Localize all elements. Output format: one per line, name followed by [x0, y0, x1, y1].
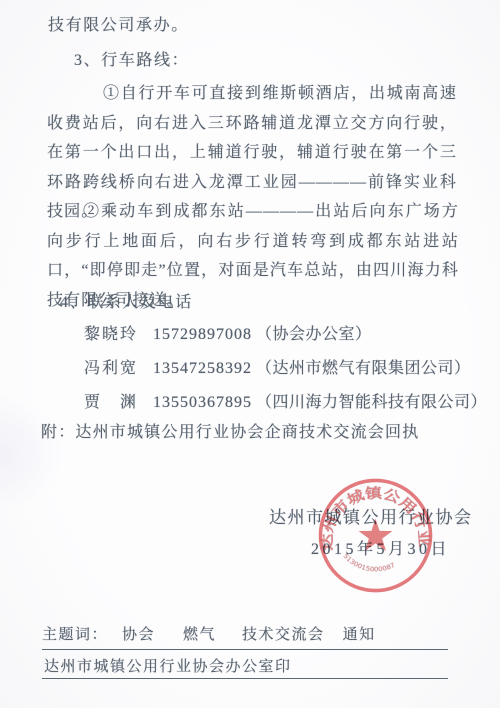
- contact-row: 黎晓玲15729897008（协会办公室）: [84, 321, 372, 344]
- contact-org: （协会办公室）: [256, 326, 372, 343]
- keyword: 技术交流会: [242, 627, 325, 643]
- divider-line: [42, 649, 448, 650]
- contact-phone: 13550367895: [153, 394, 252, 411]
- seal-serial-number: 5130015000087: [342, 553, 397, 574]
- contact-name: 贾 渊: [84, 394, 138, 411]
- svg-text:5130015000087: 5130015000087: [342, 553, 397, 574]
- carryover-line: 技有限公司承办。: [48, 12, 189, 35]
- contact-row: 贾 渊13550367895（四川海力智能科技有限公司）: [84, 389, 487, 412]
- contact-org: （四川海力智能科技有限公司）: [256, 394, 487, 411]
- keyword: 协会: [122, 627, 155, 643]
- contact-name: 冯利宽: [84, 360, 138, 377]
- keyword: 通知: [343, 627, 376, 643]
- contact-name: 黎晓玲: [84, 326, 138, 343]
- attachment-note: 附：达州市城镇公用行业协会企商技术交流会回执: [41, 419, 419, 442]
- contact-phone: 13547258392: [153, 360, 252, 377]
- divider-line: [42, 678, 448, 679]
- scanned-notice-page: 技有限公司承办。 3、行车路线： ①自行开车可直接到维斯顿酒店，出城南高速收费站…: [0, 0, 500, 708]
- red-star-icon: [359, 519, 393, 551]
- contact-row: 冯利宽13547258392（达州市燃气有限集团公司）: [84, 355, 471, 378]
- keyword: 燃气: [183, 627, 216, 643]
- contacts-heading: 4、联系人及电话: [60, 289, 193, 312]
- keywords-label: 主题词：: [42, 627, 108, 643]
- keywords-row: 主题词：协会燃气技术交流会通知: [42, 623, 376, 644]
- contact-org: （达州市燃气有限集团公司）: [256, 360, 471, 377]
- contact-phone: 15729897008: [153, 326, 252, 343]
- official-red-seal: 达州市城镇公用行业协会 5130015000087: [316, 476, 435, 595]
- issuing-office-stamp-line: 达州市城镇公用行业协会办公室印: [44, 655, 292, 676]
- route-heading: 3、行车路线：: [74, 47, 189, 70]
